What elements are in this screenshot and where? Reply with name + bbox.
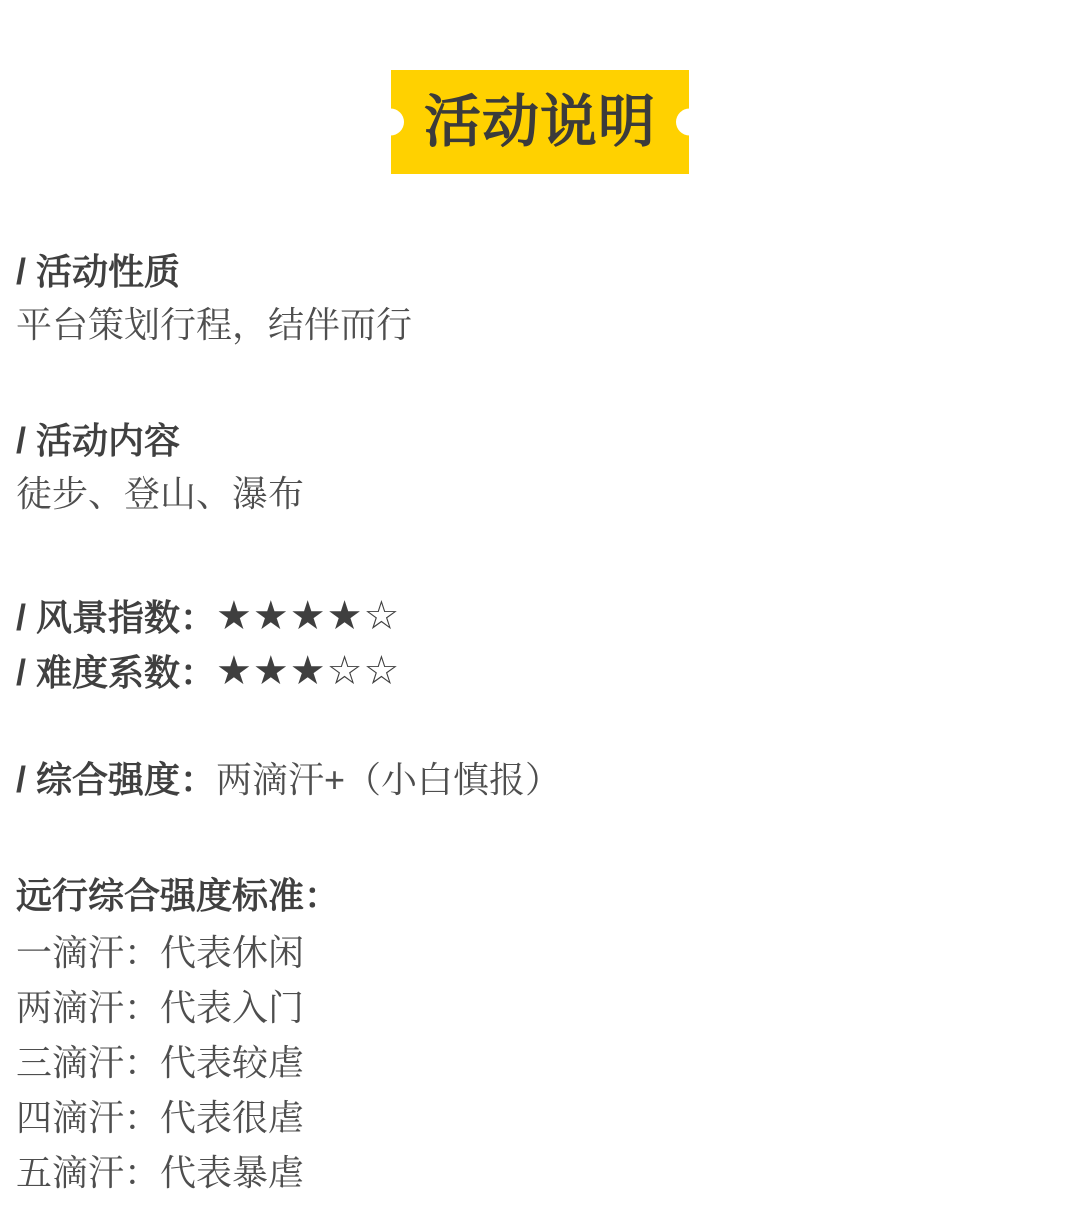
difficulty-star-rating: ★★★☆☆ <box>216 651 400 691</box>
scenery-rating-line: / 风景指数： ★★★★☆ <box>16 590 1050 645</box>
list-item: 三滴汗：代表较虐 <box>16 1035 1050 1090</box>
difficulty-rating-label: / 难度系数： <box>16 655 216 691</box>
section-activity-content: / 活动内容 徒步、登山、瀑布 <box>16 423 1050 512</box>
scenery-rating-label: / 风景指数： <box>16 600 216 636</box>
intensity-standards-block: 远行综合强度标准： 一滴汗：代表休闲 两滴汗：代表入门 三滴汗：代表较虐 四滴汗… <box>16 878 1050 1200</box>
ratings-block: / 风景指数： ★★★★☆ / 难度系数： ★★★☆☆ <box>16 590 1050 700</box>
difficulty-rating-line: / 难度系数： ★★★☆☆ <box>16 645 1050 700</box>
banner-row: 活动说明 <box>0 0 1080 174</box>
activity-nature-body: 平台策划行程，结伴而行 <box>16 307 1050 343</box>
activity-nature-heading: / 活动性质 <box>16 254 1050 290</box>
list-item: 一滴汗：代表休闲 <box>16 925 1050 980</box>
ticket-banner: 活动说明 <box>391 70 689 174</box>
intensity-standards-heading: 远行综合强度标准： <box>16 878 1050 914</box>
section-activity-nature: / 活动性质 平台策划行程，结伴而行 <box>16 254 1050 343</box>
list-item: 四滴汗：代表很虐 <box>16 1090 1050 1145</box>
activity-description-page: 活动说明 / 活动性质 平台策划行程，结伴而行 / 活动内容 徒步、登山、瀑布 … <box>0 0 1080 1223</box>
ticket-notch-left-icon <box>377 109 404 136</box>
activity-content-body: 徒步、登山、瀑布 <box>16 476 1050 512</box>
page-title: 活动说明 <box>424 94 656 151</box>
scenery-star-rating: ★★★★☆ <box>216 596 400 636</box>
overall-intensity-value: 两滴汗+（小白慎报） <box>216 762 561 798</box>
ticket-notch-right-icon <box>676 109 703 136</box>
list-item: 两滴汗：代表入门 <box>16 980 1050 1035</box>
intensity-standards-list: 一滴汗：代表休闲 两滴汗：代表入门 三滴汗：代表较虐 四滴汗：代表很虐 五滴汗：… <box>16 925 1050 1200</box>
list-item: 五滴汗：代表暴虐 <box>16 1145 1050 1200</box>
overall-intensity-line: / 综合强度： 两滴汗+（小白慎报） <box>16 762 1050 798</box>
content-area: / 活动性质 平台策划行程，结伴而行 / 活动内容 徒步、登山、瀑布 / 风景指… <box>0 254 1080 1200</box>
activity-content-heading: / 活动内容 <box>16 423 1050 459</box>
overall-intensity-label: / 综合强度： <box>16 762 216 798</box>
